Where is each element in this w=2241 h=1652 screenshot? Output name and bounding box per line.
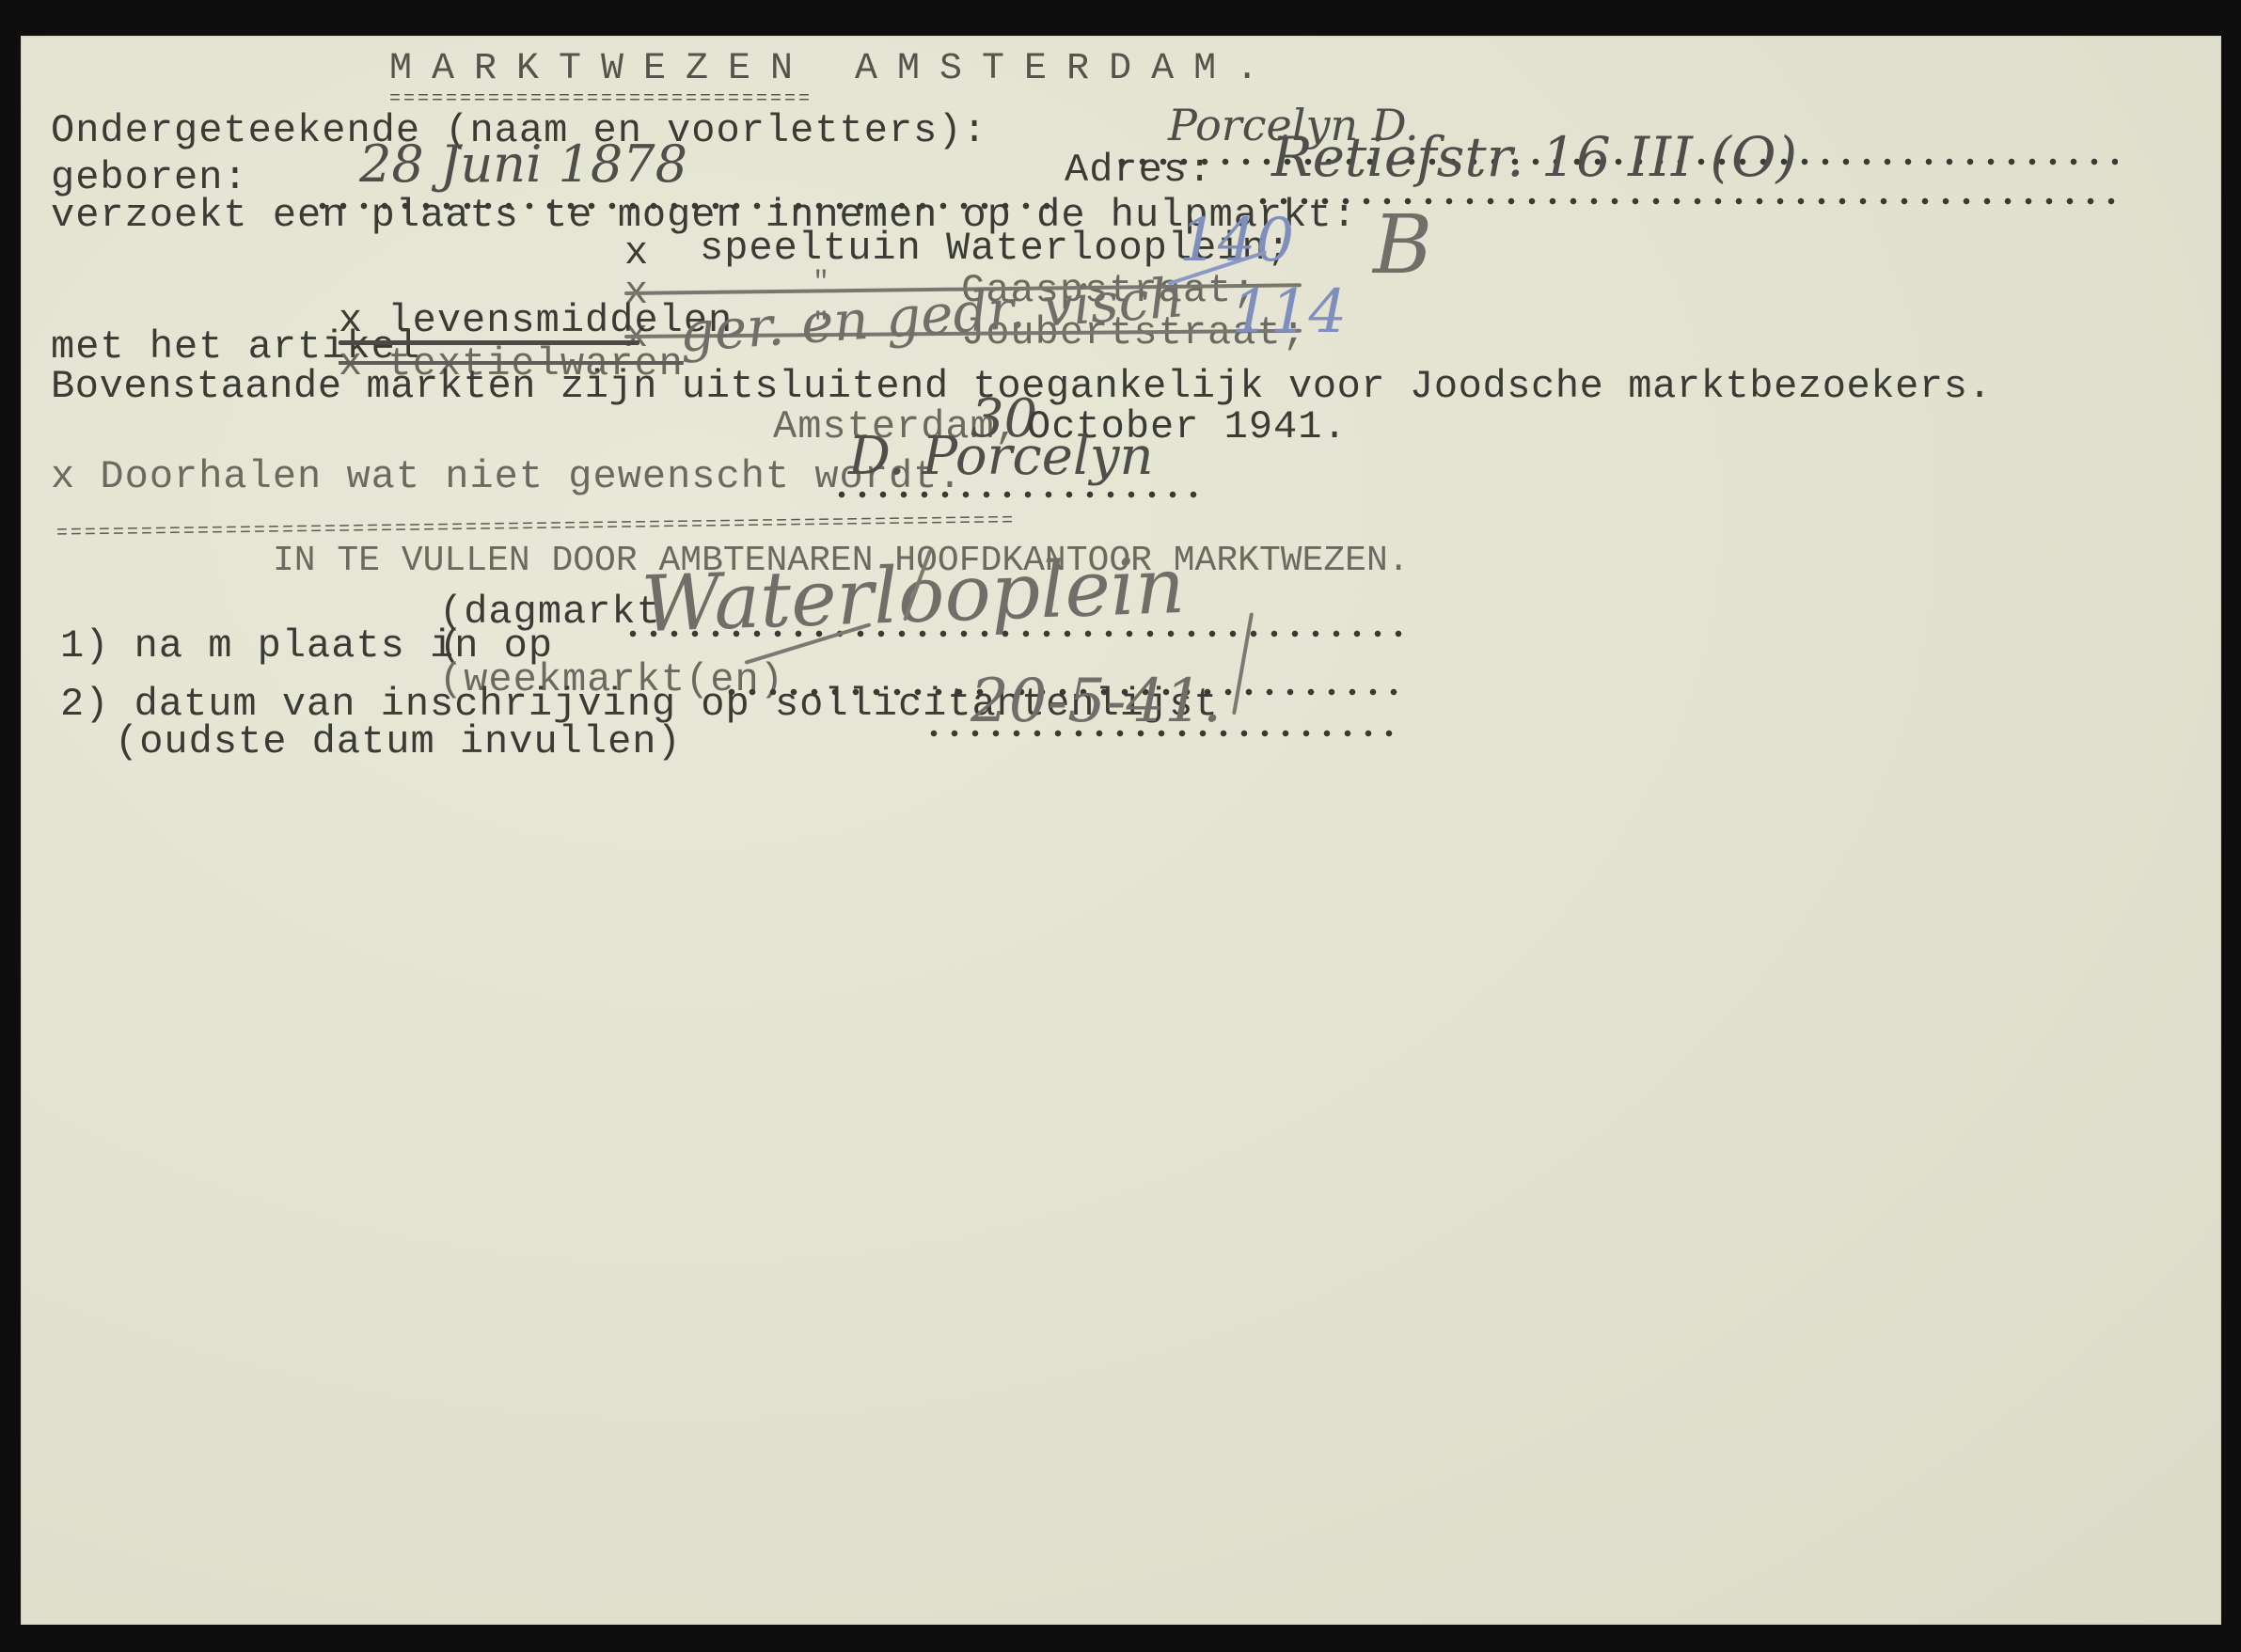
- title-underline: ==============================: [389, 90, 1104, 109]
- signature-line: [831, 491, 1203, 498]
- footnote-text: x Doorhalen wat niet gewenscht wordt.: [51, 457, 963, 496]
- address-label: Adres:: [1065, 150, 1212, 190]
- born-label: geboren:: [51, 158, 248, 197]
- item2-note: (oudste datum invullen): [115, 722, 682, 762]
- section-separator: ========================================…: [56, 495, 2241, 543]
- article-option-1: x levensmiddelen: [339, 301, 733, 340]
- address-value[interactable]: Retiefstr. 16 III (O): [1271, 130, 1797, 184]
- born-value[interactable]: 28 Juni 1878: [359, 139, 687, 190]
- market-marker-1: x: [624, 233, 649, 273]
- document-page: MARKTWEZEN AMSTERDAM. ==================…: [21, 36, 2221, 1625]
- margin-initial: B: [1373, 205, 1432, 286]
- document-title: MARKTWEZEN AMSTERDAM.: [389, 51, 1278, 88]
- margin-number-bottom: 114: [1232, 282, 1347, 342]
- pencil-stroke-3: [1232, 612, 1254, 715]
- item2-value[interactable]: 20-5-41.: [971, 671, 1222, 732]
- signature[interactable]: D. Porcelyn: [848, 431, 1154, 483]
